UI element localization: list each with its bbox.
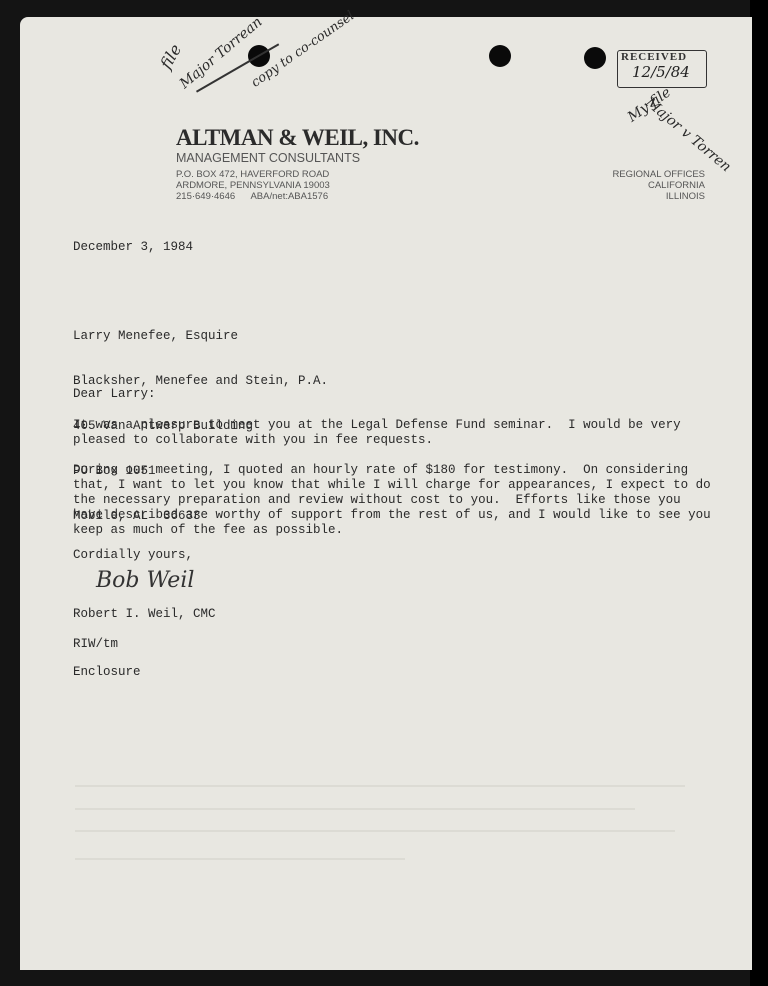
signer-name: Robert I. Weil, CMC [73, 607, 216, 622]
enclosure-note: Enclosure [73, 665, 141, 680]
recipient-line: Larry Menefee, Esquire [73, 329, 328, 344]
stamp-date: 12/5/84 [632, 63, 690, 81]
letter-date: December 3, 1984 [73, 240, 193, 255]
address-line: ARDMORE, PENNSYLVANIA 19003 [176, 180, 330, 191]
bleed-through [75, 830, 675, 832]
stamp-label: RECEIVED [621, 51, 687, 63]
regional-offices: REGIONAL OFFICES CALIFORNIA ILLINOIS [612, 169, 705, 202]
closing: Cordially yours, [73, 548, 193, 563]
received-stamp: RECEIVED 12/5/84 [617, 50, 707, 88]
bleed-through [75, 858, 405, 860]
scan-border [750, 0, 768, 986]
regional-office: ILLINOIS [612, 191, 705, 202]
signature: Bob Weil [96, 568, 194, 593]
address-line: P.O. BOX 472, HAVERFORD ROAD [176, 169, 330, 180]
paragraph: During our meeting, I quoted an hourly r… [73, 463, 711, 538]
salutation: Dear Larry: [73, 387, 156, 402]
bleed-through [75, 785, 685, 787]
company-name: ALTMAN & WEIL, INC. [176, 125, 419, 151]
handwritten-note: file [156, 41, 185, 72]
regional-heading: REGIONAL OFFICES [612, 169, 705, 180]
reference-initials: RIW/tm [73, 637, 118, 652]
regional-office: CALIFORNIA [612, 180, 705, 191]
company-tagline: MANAGEMENT CONSULTANTS [176, 151, 360, 165]
punch-hole-icon [489, 45, 511, 67]
bleed-through [75, 808, 635, 810]
company-address: P.O. BOX 472, HAVERFORD ROAD ARDMORE, PE… [176, 169, 330, 202]
address-line: 215·649·4646 ABA/net:ABA1576 [176, 191, 330, 202]
handwritten-note: Major v Torren [642, 95, 734, 176]
punch-hole-icon [584, 47, 606, 69]
paragraph: It was a pleasure to meet you at the Leg… [73, 418, 681, 448]
